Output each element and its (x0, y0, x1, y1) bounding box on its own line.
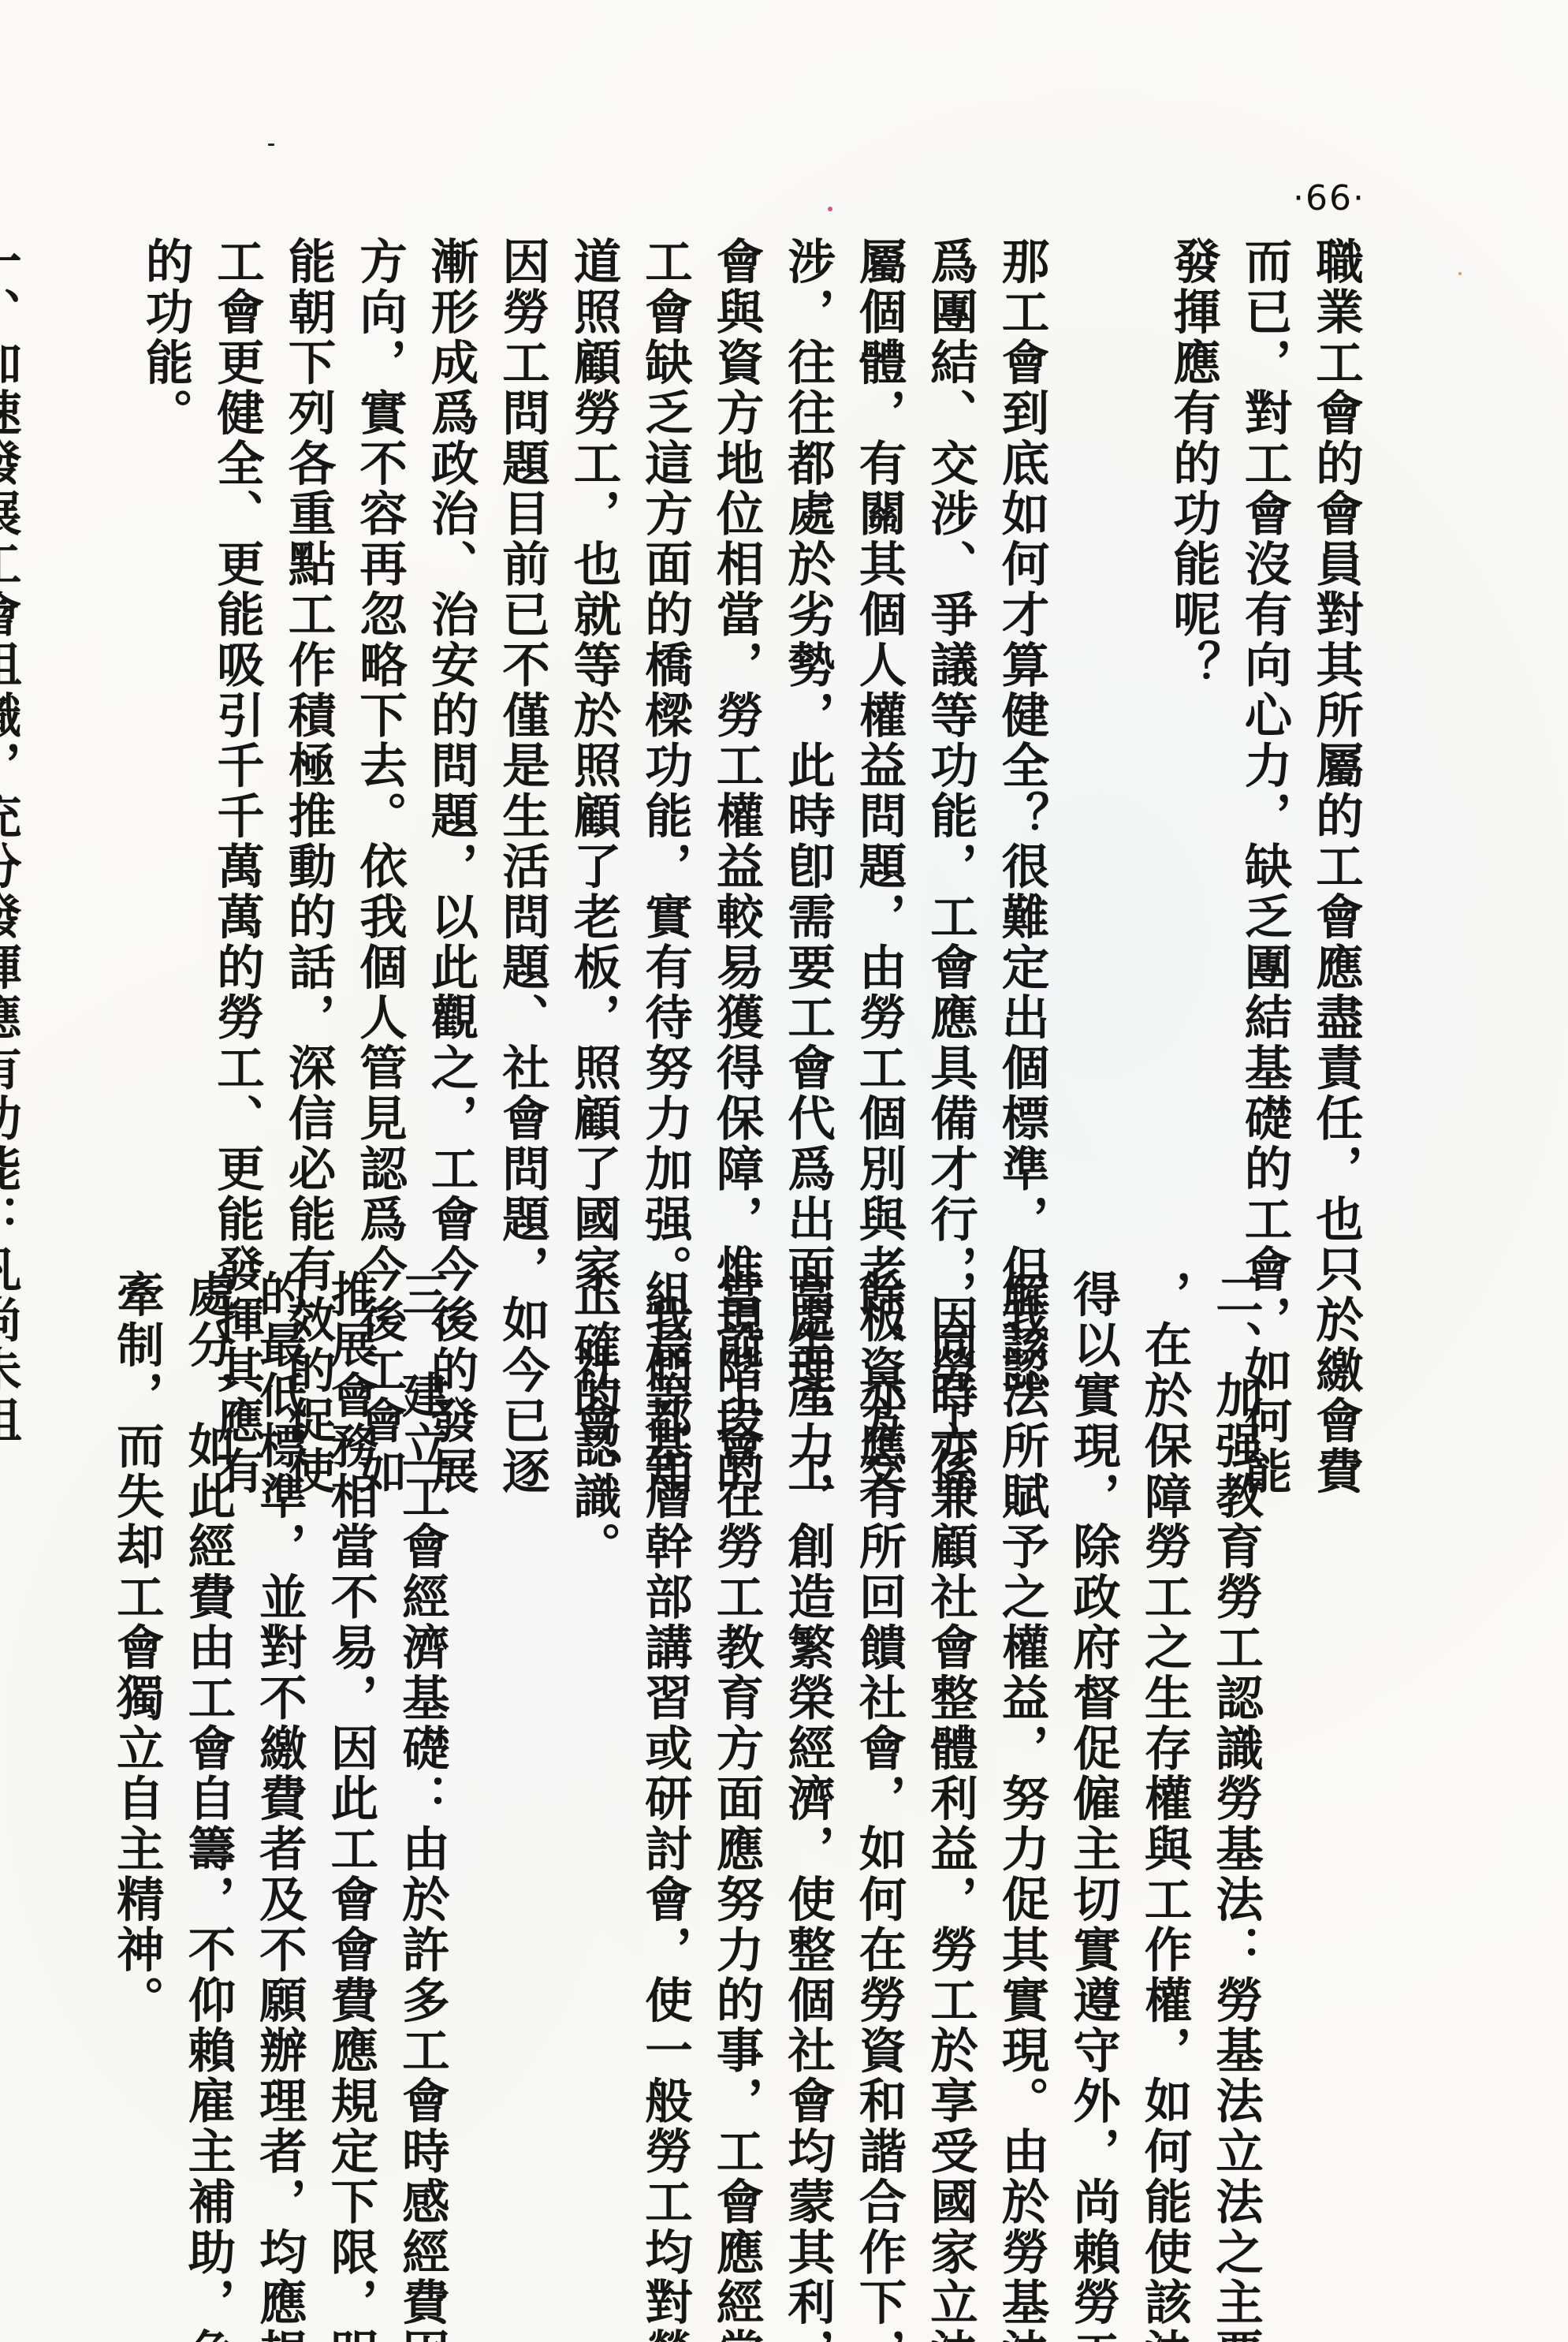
text-column: 處分，如此經費由工會自籌，不仰賴雇主補助，免遭雇主 (172, 1270, 244, 2239)
text-column: ，在於保障勞工之生存權與工作權，如何能使該法之目的 (1128, 1270, 1200, 2239)
text-column: 會與資方地位相當，勞工權益較易獲得保障，惟現階段的 (700, 237, 772, 1206)
text-column: 方向，實不容再忽略下去。依我個人管見認爲今後工會如 (343, 237, 415, 1206)
ink-speck (268, 144, 274, 146)
text-column: 正確的認識。 (557, 1270, 629, 2239)
section-heading-column: 二、加强教育勞工認識勞基法：勞基法立法之主要目的 (1199, 1270, 1371, 2239)
text-column: 解該法所賦予之權益，努力促其實現。由於勞基法的目的 (985, 1270, 1057, 2239)
text-column: 組長等基層幹部講習或研討會，使一般勞工均對勞基法有 (628, 1270, 700, 2239)
ink-speck (1458, 272, 1462, 275)
text-column: 發揮應有的功能呢？ (1157, 237, 1229, 1206)
text-column: 工會更健全、更能吸引千千萬萬的勞工、更能發揮其應有 (200, 237, 272, 1206)
text-column: 牽制，而失却工會獨立自主精神。 (100, 1270, 172, 2239)
scanned-book-page: ·66· 職業工會的會員對其所屬的工會應盡責任，也只於繳會費 而已，對工會沒有向… (0, 0, 1568, 2342)
page-number: ·66· (1293, 178, 1365, 218)
text-column: 推展會務相當不易，因此工會會費應規定下限，明定收費 (315, 1270, 386, 2239)
text-column: 爲團結、交涉、爭議等功能，工會應具備才行，因勞工係 (914, 237, 985, 1206)
section-heading-column: 四、積極培養工會工作幹部：對於工會工作幹部的問題 (0, 1270, 100, 2239)
text-column: 餘，亦應有所回饋社會，如何在勞資和諧合作下，努力提 (843, 1270, 914, 2239)
text-column: 道照顧勞工，也就等於照顧了老板，照顧了國家、社會， (557, 237, 629, 1206)
text-column: ，同時亦兼顧社會整體利益，勞工於享受國家立法保護之 (914, 1270, 985, 2239)
text-column: 涉，往往都處於劣勢，此時卽需要工會代爲出面處理，工 (771, 237, 843, 1206)
text-column: 工會缺乏這方面的橋樑功能，實有待努力加强。我們都知 (628, 237, 700, 1206)
text-column: 因勞工問題目前已不僅是生活問題、社會問題，如今已逐 (486, 237, 557, 1206)
text-column: 的功能。 (129, 237, 201, 1206)
text-column: 當前工會在勞工教育方面應努力的事，工會應經常舉辦小 (700, 1270, 772, 2239)
ink-speck (828, 207, 832, 211)
text-column: 的最低標準，並對不繳費者及不願辦理者，均應規定嚴重 (243, 1270, 315, 2239)
text-column: 職業工會的會員對其所屬的工會應盡責任，也只於繳會費 (1300, 237, 1372, 1206)
text-column: 高生產力，創造繁榮經濟，使整個社會均蒙其利，這都是 (771, 1270, 843, 2239)
section-heading-column: 三、建立工會經濟基礎：由於許多工會時感經費困難， (385, 1270, 557, 2239)
paragraph-start-column: 那工會到底如何才算健全？很難定出個標準，但我認 (985, 237, 1157, 1206)
text-column: 漸形成爲政治、治安的問題，以此觀之，工會今後的發展 (415, 237, 486, 1206)
text-column: 得以實現，除政府督促僱主切實遵守外，尚賴勞工本身瞭 (1056, 1270, 1128, 2239)
top-text-band: 職業工會的會員對其所屬的工會應盡責任，也只於繳會費 而已，對工會沒有向心力，缺乏… (0, 237, 1371, 1206)
bottom-text-band: 二、加强教育勞工認識勞基法：勞基法立法之主要目的 ，在於保障勞工之生存權與工作權… (0, 1270, 1371, 2239)
text-column: 屬個體，有關其個人權益問題，由勞工個別與老板資方交 (843, 237, 914, 1206)
section-heading-column: 一、加速發展工會組織，充分發揮應有功能：凡尚未組 (0, 237, 129, 1206)
text-column: 而已，對工會沒有向心力，缺乏團結基礎的工會，如何能 (1228, 237, 1300, 1206)
text-column: 能朝下列各重點工作積極推動的話，深信必能有效的促使 (272, 237, 344, 1206)
